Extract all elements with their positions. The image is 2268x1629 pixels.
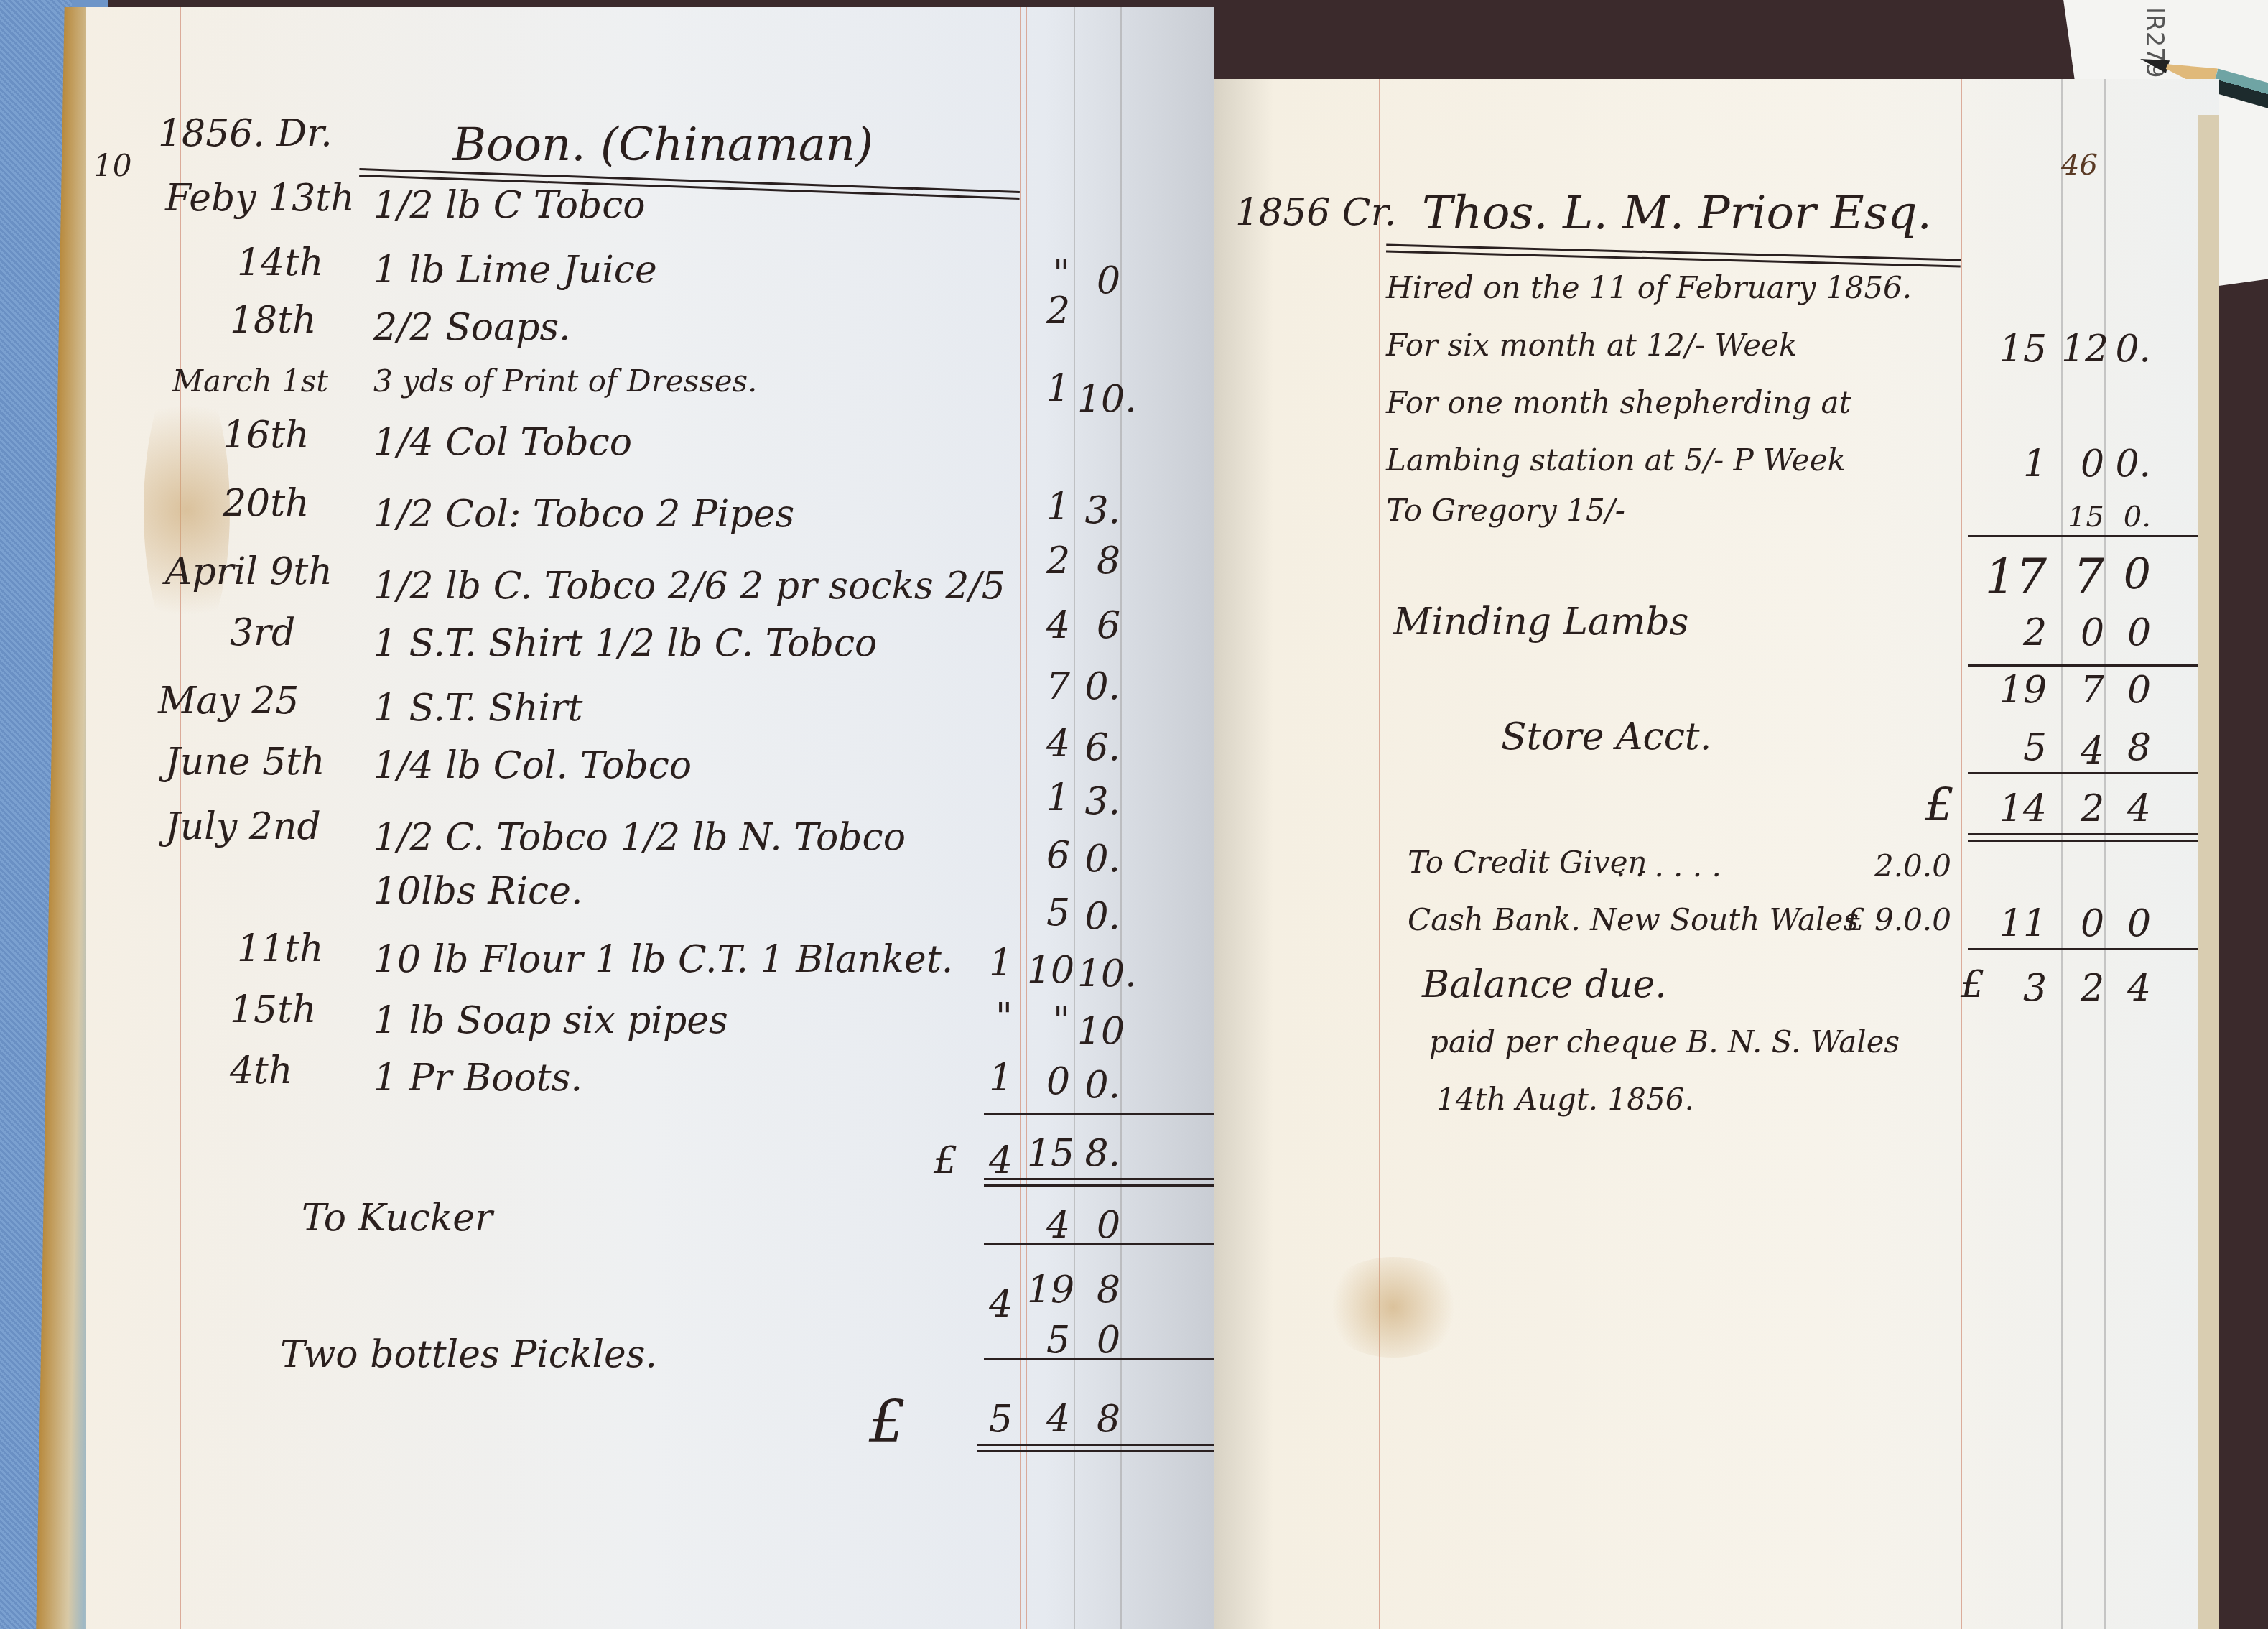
- entry-date: 14th: [237, 244, 324, 282]
- entry-item: 1 lb Lime Juice: [373, 251, 657, 289]
- entry-item: 1/4 lb Col. Tobco: [373, 747, 692, 784]
- cash-bank-pence: 0: [2108, 905, 2151, 942]
- credit-entry-text: Lambing station at 5/- P Week: [1386, 445, 1846, 475]
- entry-shillings: 7: [1027, 668, 1070, 705]
- entry-shillings: ": [1027, 1002, 1070, 1039]
- entry-item: 1 lb Soap six pipes: [373, 1002, 728, 1039]
- net-rule: [1968, 772, 2205, 774]
- entry-shillings: 4: [1027, 725, 1070, 763]
- balance-pence: 4: [2108, 970, 2151, 1007]
- entry-pence: 10: [1077, 1013, 1120, 1050]
- pounds-column-line-2: [1026, 7, 1027, 1629]
- subtotal-2-rule: [1968, 664, 2205, 667]
- entry-shillings: " 2: [1027, 255, 1070, 330]
- subtotal-2-pence: 0: [2108, 672, 2151, 709]
- entry-pence: 0.: [1077, 898, 1120, 935]
- credit-shillings: 12: [2061, 330, 2104, 368]
- subtotal-rule: [1968, 535, 2205, 537]
- entry-pence: 0.: [1077, 668, 1120, 705]
- entry-item: 1 S.T. Shirt: [373, 690, 583, 727]
- subtotal-shillings: 15: [1027, 1135, 1070, 1172]
- entry-pence: 0.: [1077, 1067, 1120, 1104]
- store-pounds: 5: [1982, 729, 2047, 766]
- entry-shillings: 5: [1027, 894, 1070, 932]
- entry-item: 1/2 lb C. Tobco 2/6 2 pr socks 2/5: [373, 567, 1005, 605]
- entry-date: June 5th: [165, 743, 325, 781]
- entry-pounds: 1: [977, 1059, 1013, 1097]
- minding-lambs-text: Minding Lambs: [1393, 603, 1688, 641]
- entry-shillings: 6: [1027, 837, 1070, 874]
- entry-shillings: 1: [1027, 779, 1070, 817]
- credit-entry-text: Hired on the 11 of February 1856.: [1386, 273, 1912, 303]
- store-shillings: 4: [2061, 733, 2104, 770]
- entry-date: 18th: [230, 302, 317, 339]
- payment-note-line-1: paid per cheque B. N. S. Wales: [1429, 1027, 1900, 1057]
- net-pound-symbol: £: [1925, 783, 1954, 829]
- entry-pounds: ": [977, 998, 1013, 1036]
- balance-shillings: 2: [2061, 970, 2104, 1007]
- cash-bank-shillings: 0: [2061, 905, 2104, 942]
- right-account-name: Thos. L. M. Prior Esq.: [1422, 190, 1932, 236]
- extra-shillings: 4: [1027, 1207, 1070, 1244]
- pence-column-line: [2104, 79, 2106, 1629]
- pounds-column-line: [1961, 79, 1962, 1629]
- entry-date: 4th: [230, 1052, 292, 1090]
- credit-pence: 0.: [2108, 445, 2151, 483]
- entry-item: 1/2 Col: Tobco 2 Pipes: [373, 496, 794, 533]
- entry-item: 1/2 lb C Tobco: [373, 187, 646, 224]
- left-account-name: Boon. (Chinaman): [452, 122, 873, 168]
- ledger-right-page: 46 1856 Cr. Thos. L. M. Prior Esq. Hired…: [1214, 79, 2219, 1629]
- subtotal-2-shillings: 7: [2061, 672, 2104, 709]
- net-double-rule: [1968, 833, 2205, 842]
- minding-shillings: 0: [2061, 614, 2104, 651]
- store-pence: 8: [2108, 729, 2151, 766]
- entry-pence: 10.: [1077, 955, 1120, 993]
- entry-item: 2/2 Soaps.: [373, 309, 571, 346]
- credit-pence: 0.: [2108, 330, 2151, 368]
- pounds-column-line: [1020, 7, 1021, 1629]
- cash-bank-pounds: 11: [1982, 905, 2047, 942]
- entry-date: April 9th: [165, 553, 333, 590]
- entry-date: 3rd: [230, 614, 295, 651]
- subtotal-1-pounds: 17: [1982, 553, 2047, 602]
- ledger-left-page: 10 1856. Dr. Boon. (Chinaman) Feby 13th …: [86, 7, 1214, 1629]
- pence-column-line: [1120, 7, 1122, 1629]
- entry-date: Feby 13th: [165, 180, 355, 217]
- entry-date: 15th: [230, 991, 317, 1029]
- subtotal-2-pounds: 4: [977, 1286, 1013, 1323]
- entry-shillings: 1: [1027, 370, 1070, 407]
- page-number: 46: [2061, 151, 2098, 180]
- entry-item: 10lbs Rice.: [373, 873, 583, 910]
- subtotal-2-pence: 8: [1077, 1271, 1120, 1309]
- balance-pound-symbol: £: [1961, 966, 1984, 1003]
- subtotal-pound-symbol: £: [934, 1142, 957, 1179]
- subtotal-pounds: 4: [977, 1142, 1013, 1179]
- entry-date: July 2nd: [165, 808, 321, 845]
- extra-pence: 0: [1077, 1322, 1120, 1359]
- left-year-heading: 1856. Dr.: [158, 115, 333, 152]
- subtotal-1-shillings: 7: [2061, 553, 2104, 602]
- extra-pence: 0: [1077, 1207, 1120, 1244]
- entry-pence: 10.: [1077, 381, 1120, 418]
- cash-bank-text: Cash Bank. New South Wales: [1408, 905, 1859, 935]
- subtotal-pence: 8.: [1077, 1135, 1120, 1172]
- margin-mark: 10: [93, 151, 131, 181]
- foxing-stain: [144, 366, 230, 654]
- entry-date: 16th: [223, 417, 310, 454]
- entry-item: 1/2 C. Tobco 1/2 lb N. Tobco: [373, 819, 906, 856]
- credit-pence: 0.: [2108, 503, 2151, 532]
- store-account-text: Store Acct.: [1501, 718, 1711, 756]
- entry-date: 20th: [223, 485, 310, 522]
- shillings-column-line: [1074, 7, 1075, 1629]
- entry-item: 10 lb Flour 1 lb C.T. 1 Blanket.: [373, 941, 953, 978]
- entry-date: 11th: [237, 930, 324, 967]
- credit-shillings: 15: [2061, 503, 2104, 532]
- entry-shillings: 1: [1027, 488, 1070, 526]
- subtotal-2-shillings: 19: [1027, 1271, 1070, 1309]
- total-shillings: 4: [1027, 1401, 1070, 1438]
- subtotal-2-pounds: 19: [1982, 672, 2047, 709]
- entry-shillings: 4: [1027, 607, 1070, 644]
- payment-note-line-2: 14th Augt. 1856.: [1436, 1085, 1694, 1115]
- entry-pence: 3.: [1077, 783, 1120, 820]
- balance-rule: [1968, 948, 2205, 950]
- credit-pounds: 15: [1982, 330, 2047, 368]
- balance-due-text: Balance due.: [1422, 966, 1667, 1003]
- date-column-line: [1379, 79, 1380, 1629]
- credit-entry-text: For one month shepherding at: [1386, 388, 1851, 418]
- entry-pence: 0: [1077, 262, 1120, 300]
- extra-item: Two bottles Pickles.: [280, 1336, 657, 1373]
- net-pounds: 14: [1982, 790, 2047, 827]
- right-page-edge: [2198, 115, 2219, 1629]
- total-pence: 8: [1077, 1401, 1120, 1438]
- credit-entry-text: To Gregory 15/-: [1386, 496, 1625, 526]
- credit-shillings: 0: [2061, 445, 2104, 483]
- minding-pence: 0: [2108, 614, 2151, 651]
- balance-pounds: 3: [1982, 970, 2047, 1007]
- entry-pence: 0.: [1077, 840, 1120, 878]
- entry-item: 1 Pr Boots.: [373, 1059, 582, 1097]
- pencil-tip: [2139, 52, 2170, 73]
- entry-shillings: 0: [1027, 1063, 1070, 1100]
- cash-bank-amount: £ 9.0.0: [1846, 905, 1951, 935]
- total-pounds: 5: [977, 1401, 1013, 1438]
- entry-shillings: 10: [1027, 952, 1070, 989]
- heading-double-rule: [1386, 244, 1961, 268]
- extra-item: To Kucker: [302, 1199, 493, 1237]
- entry-pence: 3.: [1077, 492, 1120, 529]
- entry-item: 3 yds of Print of Dresses.: [373, 366, 757, 396]
- extra-shillings: 5: [1027, 1322, 1070, 1359]
- ink-stain: [1321, 1257, 1465, 1357]
- credit-pounds: 1: [1982, 445, 2047, 483]
- entry-pence: 8: [1077, 542, 1120, 580]
- subtotal-1-pence: 0: [2108, 553, 2151, 596]
- entry-item: 1/4 Col Tobco: [373, 424, 632, 461]
- entry-pence: 6: [1077, 607, 1120, 644]
- minding-pounds: 2: [1982, 614, 2047, 651]
- net-pence: 4: [2108, 790, 2151, 827]
- right-year-heading: 1856 Cr.: [1235, 194, 1396, 231]
- entry-shillings: 2: [1027, 542, 1070, 580]
- entry-pounds: 1: [977, 945, 1013, 982]
- credit-given-dots: . . . . . .: [1616, 851, 1721, 881]
- credit-given-text: To Credit Given: [1408, 848, 1647, 878]
- entry-date: May 25: [158, 682, 299, 720]
- entry-item: 1 S.T. Shirt 1/2 lb C. Tobco: [373, 625, 877, 662]
- credit-given-amount: 2.0.0: [1874, 851, 1951, 881]
- credit-entry-text: For six month at 12/- Week: [1386, 330, 1797, 361]
- shillings-column-line: [2061, 79, 2063, 1629]
- entry-pence: 6.: [1077, 729, 1120, 766]
- total-pound-symbol: £: [869, 1393, 906, 1451]
- net-shillings: 2: [2061, 790, 2104, 827]
- entry-date: March 1st: [172, 366, 328, 396]
